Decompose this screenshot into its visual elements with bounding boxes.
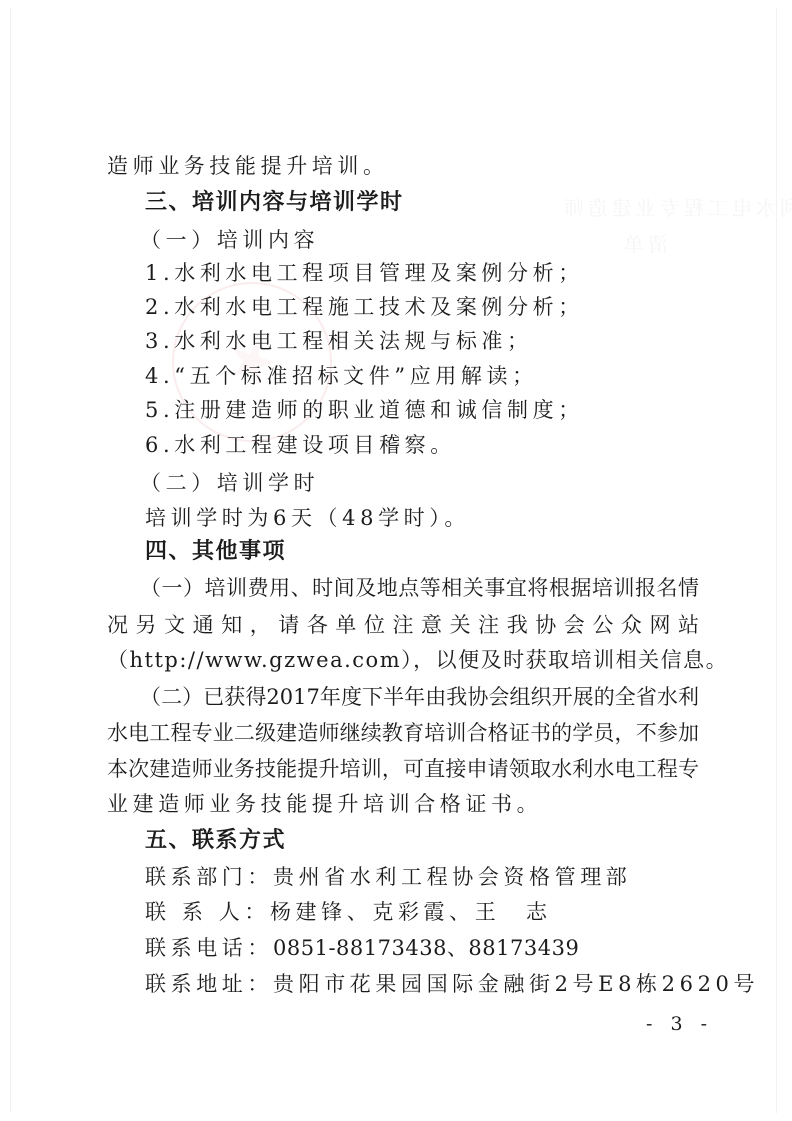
contact-department-value: 贵州省水利工程协会资格管理部 [273, 865, 631, 889]
contact-address: 联系地址：贵阳市花果园国际金融街2号E8栋2620号 [145, 970, 759, 998]
contact-phone: 联系电话：0851-88173438、88173439 [145, 934, 579, 962]
list-item-6: 6.水利工程建设项目稽察。 [145, 431, 456, 459]
paragraph-other-1-line-3-website: （http://www.gzwea.com），以便及时获取培训相关信息。 [107, 646, 728, 674]
bleed-through-text: 清单 [620, 228, 668, 257]
contact-address-label: 联系地址： [145, 972, 273, 996]
bleed-through-text: 附件：水利水电工程专业建造师 [560, 192, 792, 221]
subheading-training-hours: （二）培训学时 [140, 469, 319, 497]
list-item-2: 2.水利水电工程施工技术及案例分析； [145, 293, 584, 321]
list-item-1: 1.水利水电工程项目管理及案例分析； [145, 259, 584, 287]
contact-person-label: 联 系 人： [145, 900, 270, 924]
paragraph-other-2-line-3: 本次建造师业务技能提升培训，可直接申请领取水利水电工程专 [107, 755, 699, 783]
contact-department: 联系部门：贵州省水利工程协会资格管理部 [145, 863, 631, 891]
continuation-text: 造师业务技能提升培训。 [107, 152, 389, 180]
section-heading-training-content: 三、培训内容与培训学时 [145, 189, 404, 217]
contact-department-label: 联系部门： [145, 865, 273, 889]
list-item-4: 4.“五个标准招标文件”应用解读； [145, 362, 538, 390]
page-number: - 3 - [646, 1013, 713, 1035]
section-heading-other-matters: 四、其他事项 [145, 538, 286, 566]
paragraph-other-1-line-1: （一）培训费用、时间及地点等相关事宜将根据培训报名情 [140, 574, 699, 602]
section-heading-contact: 五、联系方式 [145, 827, 286, 855]
paragraph-other-2-line-4: 业建造师业务技能提升培训合格证书。 [107, 790, 542, 818]
document-page: 附件：水利水电工程专业建造师 清单 造师业务技能提升培训。 三、培训内容与培训学… [0, 0, 792, 1121]
contact-person-value: 杨建锋、克彩霞、王 志 [270, 900, 552, 924]
paragraph-other-2-line-1: （二）已获得2017年度下半年由我协会组织开展的全省水利 [140, 683, 699, 711]
scan-edge-right [776, 8, 777, 1113]
list-item-5: 5.注册建造师的职业道德和诚信制度； [145, 396, 584, 424]
scan-edge-left [10, 8, 11, 1113]
paragraph-other-1-line-2: 况另文通知，请各单位注意关注我协会公众网站 [107, 611, 699, 639]
list-item-3: 3.水利水电工程相关法规与标准； [145, 327, 533, 355]
subheading-training-content: （一）培训内容 [140, 226, 319, 254]
contact-address-value: 贵阳市花果园国际金融街2号E8栋2620号 [273, 972, 759, 996]
contact-phone-label: 联系电话： [145, 936, 273, 960]
paragraph-other-2-line-2: 水电工程专业二级建造师继续教育培训合格证书的学员，不参加 [107, 719, 699, 747]
contact-phone-value: 0851-88173438、88173439 [273, 936, 579, 960]
training-hours-text: 培训学时为6天（48学时）。 [145, 504, 470, 532]
contact-person: 联 系 人：杨建锋、克彩霞、王 志 [145, 898, 552, 926]
